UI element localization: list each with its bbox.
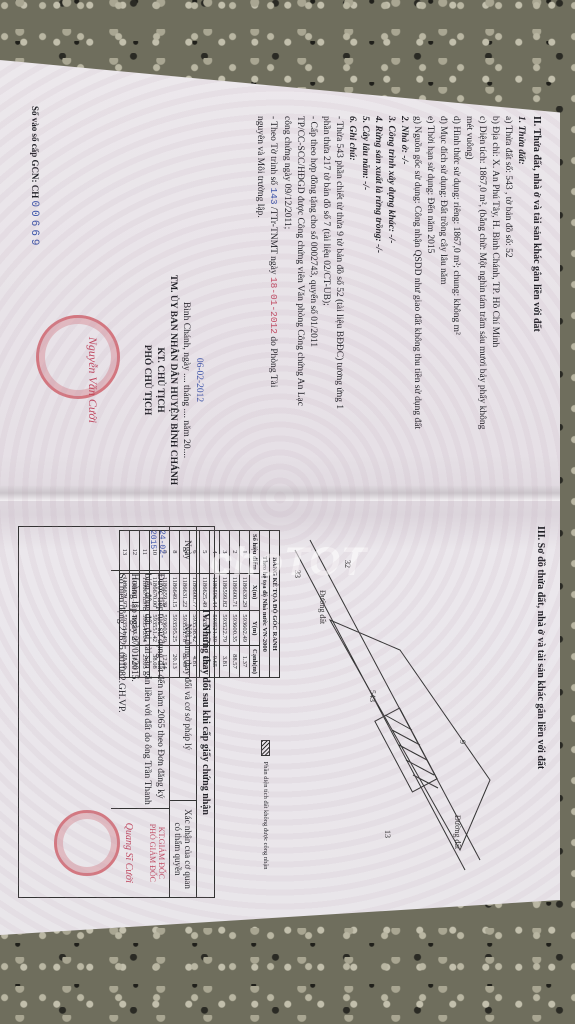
changes-header: Ngày Nội dung thay đổi và cơ sở pháp lý … bbox=[169, 527, 196, 897]
change-line: biến động đất đai, tài sản gắn liền với … bbox=[140, 574, 153, 805]
construction-line: 3. Công trình xây dựng khác: -/- bbox=[384, 116, 397, 504]
page-fold bbox=[0, 485, 560, 501]
table-cell: 88.57 bbox=[230, 646, 240, 678]
submission-label: - Theo Tờ trình số bbox=[268, 116, 278, 185]
parcel-label: 543 bbox=[368, 690, 377, 702]
forest-line: 4. Rừng sản xuất là rừng trồng: -/- bbox=[371, 116, 384, 504]
area-line-cont: mét vuông) bbox=[462, 116, 475, 504]
land-label: 1. Thửa đất: bbox=[514, 116, 527, 504]
purpose-line: đ) Mục đích sử dụng: Đất trồng cây lâu n… bbox=[436, 116, 449, 504]
change-line: Được tiếp tục sử dụng đất đến năm 2065 t… bbox=[153, 574, 166, 805]
house-line: 2. Nhà ở: -/- bbox=[397, 116, 410, 504]
area-line: c) Diện tích: 1867,0 m², (bằng chữ: Một … bbox=[475, 116, 488, 504]
red-seal-icon bbox=[36, 315, 120, 399]
submission-number: 143 bbox=[268, 187, 279, 204]
note-line: TP/CC-SCC/HĐGD được Công chứng viên Văn … bbox=[293, 116, 306, 504]
floor-background-bottom bbox=[0, 914, 575, 1024]
authority-line-2: KT. CHỦ TỊCH bbox=[153, 250, 166, 510]
col-edge: Cạnh(m) bbox=[250, 646, 260, 678]
confirm-line-1: KT.GIÁM ĐỐC bbox=[157, 812, 166, 894]
parcel-label: 9 bbox=[458, 740, 467, 744]
change-line: Hoàng lập ngày 27/01/2015. bbox=[127, 574, 140, 805]
chotot-watermark: choTOT bbox=[210, 540, 366, 585]
note-line: nguyên và Môi trường lập. bbox=[253, 116, 266, 504]
hatch-swatch-icon bbox=[261, 740, 270, 756]
changes-col-content: Nội dung thay đổi và cơ sở pháp lý bbox=[170, 574, 196, 801]
notes-label: 6. Ghi chú: bbox=[345, 116, 358, 504]
road-label: Đường đất bbox=[453, 815, 462, 850]
note-line-submission: - Theo Tờ trình số 143 /TTr-TNMT ngày 18… bbox=[266, 116, 280, 504]
section-2-title: II. Thửa đất, nhà ở và tài sản khác gắn … bbox=[531, 116, 542, 504]
origin-line: g) Nguồn gốc sử dụng: Công nhận QSDD như… bbox=[410, 116, 423, 504]
note-line: - Thửa 543 phần chiết từ thửa 9 tờ bản đ… bbox=[332, 116, 345, 504]
term-line: e) Thời hạn sử dụng: Đến năm 2015 bbox=[423, 116, 436, 504]
address-line: b) Địa chỉ: X. An Phú Tây, H. Bình Chánh… bbox=[488, 116, 501, 504]
col-y: Y(m) bbox=[250, 611, 260, 646]
section-3-title: III. Sơ đồ thửa đất, nhà ở và tài sản kh… bbox=[535, 526, 546, 769]
change-line: Số biến động 27625.001082.GH.VP. bbox=[114, 574, 127, 805]
serial-number: 00669 bbox=[28, 201, 40, 249]
changes-col-confirm: Xác nhận của cơ quan có thẩm quyền bbox=[170, 801, 196, 897]
table-cell: 3.81 bbox=[220, 646, 230, 678]
table-cell: 1.37 bbox=[240, 646, 250, 678]
changes-col-date: Ngày bbox=[170, 527, 196, 574]
table-cell: 593522.79 bbox=[220, 611, 230, 646]
submission-tail: do Phòng Tài bbox=[268, 336, 278, 387]
confirm-line-2: PHÓ GIÁM ĐỐC bbox=[148, 812, 157, 894]
legend-label: Phần diện tích đất không được công nhận bbox=[262, 762, 269, 870]
table-cell: 593600.35 bbox=[230, 611, 240, 646]
certificate-left-page: II. Thửa đất, nhà ở và tài sản khác gắn … bbox=[15, 100, 560, 520]
table-cell: 593602.49 bbox=[240, 611, 250, 646]
submission-date: 18-01-2012 bbox=[268, 277, 279, 334]
serial-label: Số vào sổ cấp GCN: CH bbox=[30, 106, 40, 198]
note-line: công chứng ngày 09/12/2011; bbox=[280, 116, 293, 504]
authority-line-3: PHÓ CHỦ TỊCH bbox=[140, 250, 153, 510]
submission-mid: /TTr-TNMT ngày bbox=[268, 207, 278, 275]
change-content: Được tiếp tục sử dụng đất đến năm 2065 t… bbox=[111, 571, 169, 809]
perennial-line: 5. Cây lâu năm: -/- bbox=[358, 116, 371, 504]
change-date: 24-02-2015 bbox=[111, 527, 169, 571]
change-confirmation: KT.GIÁM ĐỐC PHÓ GIÁM ĐỐC Quang Sĩ Cưới bbox=[111, 809, 169, 897]
place-date: Bình Chánh, ngày .... tháng .... năm 20.… bbox=[179, 250, 192, 510]
usage-form-line: d) Hình thức sử dụng: riêng: 1867,0 m²; … bbox=[449, 116, 462, 504]
land-use-certificate: II. Thửa đất, nhà ở và tài sản khác gắn … bbox=[0, 60, 560, 935]
stamped-date: 06-02-2012 bbox=[192, 250, 205, 510]
note-line: phần thửa 217 tờ bản đồ số 7 (tài liệu 0… bbox=[319, 116, 332, 504]
note-line: - Cấp theo hợp đồng tặng cho số 0002743,… bbox=[306, 116, 319, 504]
confirm-signer: Quang Sĩ Cưới bbox=[123, 812, 134, 894]
authority-line-1: TM. ỦY BAN NHÂN DÂN HUYỆN BÌNH CHÁNH bbox=[166, 250, 179, 510]
serial-number-line: Số vào sổ cấp GCN: CH 00669 bbox=[28, 106, 40, 249]
red-seal-icon bbox=[54, 810, 120, 876]
map-legend: Phần diện tích đất không được công nhận bbox=[261, 740, 270, 870]
parcel-line: a) Thửa đất số: 543 , tờ bản đồ số: 52 bbox=[501, 116, 514, 504]
parcel-label: 13 bbox=[383, 830, 392, 838]
unrecognized-area-hatch bbox=[375, 708, 438, 792]
road-label: Đường đất bbox=[318, 590, 327, 625]
